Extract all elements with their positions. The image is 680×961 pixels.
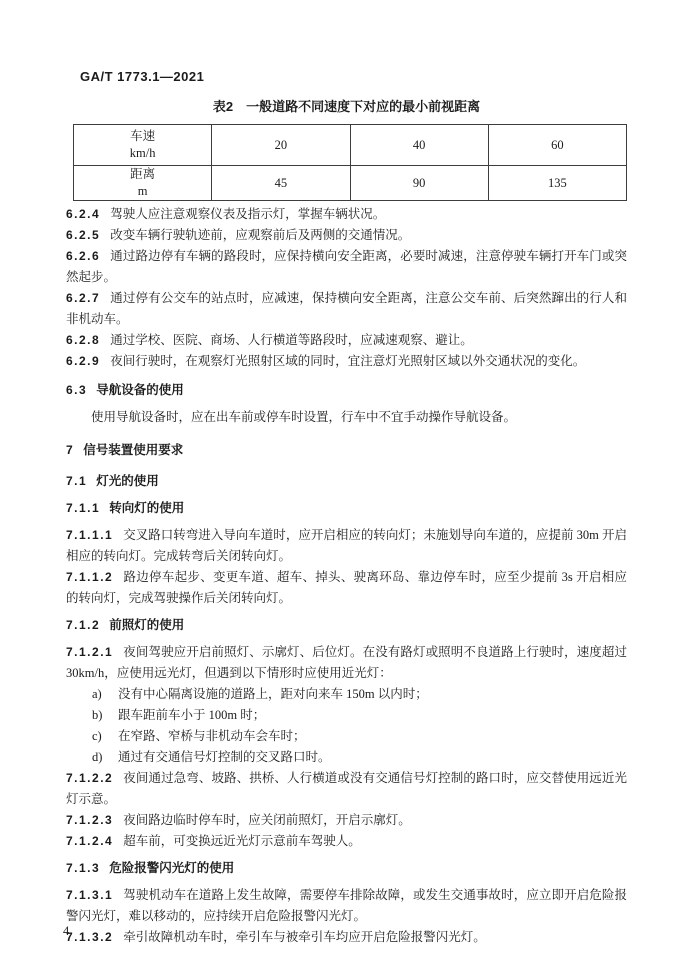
clause-6.2.5: 6.2.5改变车辆行驶轨迹前，应观察前后及两侧的交通情况。 — [66, 225, 627, 246]
value-cell: 20 — [212, 125, 350, 166]
value-cell: 60 — [488, 125, 626, 166]
row-header-line: km/h — [74, 145, 211, 162]
value-cell: 45 — [212, 166, 350, 201]
clause-number: 7.1.1.1 — [66, 528, 113, 542]
clause-6.2.9: 6.2.9夜间行驶时，在观察灯光照射区域的同时，宜注意灯光照射区域以外交通状况的… — [66, 351, 627, 372]
heading-text: 信号装置使用要求 — [83, 443, 183, 457]
list-item-text: 在窄路、窄桥与非机动车会车时； — [118, 729, 306, 743]
value-cell: 40 — [350, 125, 488, 166]
list-item-b: b)跟车距前车小于 100m 时； — [66, 705, 627, 726]
list-item-marker: a) — [92, 684, 118, 705]
list-item-text: 跟车距前车小于 100m 时； — [118, 708, 265, 722]
list-item-marker: d) — [92, 747, 118, 768]
clause-number: 7.1.3.1 — [66, 888, 113, 902]
heading-text: 危险报警闪光灯的使用 — [109, 861, 234, 875]
clause-7.1.2.3: 7.1.2.3夜间路边临时停车时，应关闭前照灯，开启示廓灯。 — [66, 810, 627, 831]
clause-7.1.1.1: 7.1.1.1交叉路口转弯进入导向车道时，应开启相应的转向灯；未施划导向车道的，… — [66, 525, 627, 567]
clause-number: 7.1.3 — [66, 861, 100, 875]
heading-7.1: 7.1灯光的使用 — [66, 471, 627, 492]
table-row: 距离m4590135 — [74, 166, 627, 201]
heading-6.3: 6.3导航设备的使用 — [66, 380, 627, 401]
clause-7.1.2.2: 7.1.2.2夜间通过急弯、坡路、拱桥、人行横道或没有交通信号灯控制的路口时，应… — [66, 768, 627, 810]
clause-number: 6.2.9 — [66, 354, 100, 368]
clause-number: 7.1 — [66, 474, 87, 488]
list-item-text: 没有中心隔离设施的道路上，距对向来车 150m 以内时； — [118, 687, 428, 701]
clause-text: 夜间路边临时停车时，应关闭前照灯，开启示廓灯。 — [123, 813, 411, 827]
paragraph: 使用导航设备时，应在出车前或停车时设置，行车中不宜手动操作导航设备。 — [66, 407, 627, 428]
min-forward-sight-distance-table: 车速km/h204060距离m4590135 — [73, 124, 627, 201]
clause-text: 通过路边停有车辆的路段时，应保持横向安全距离，必要时减速，注意停驶车辆打开车门或… — [66, 249, 627, 284]
clause-number: 6.3 — [66, 383, 87, 397]
clause-text: 路边停车起步、变更车道、超车、掉头、驶离环岛、靠边停车时，应至少提前 3s 开启… — [66, 570, 627, 605]
clause-text: 交叉路口转弯进入导向车道时，应开启相应的转向灯；未施划导向车道的，应提前 30m… — [66, 528, 627, 563]
clause-text: 夜间驾驶应开启前照灯、示廓灯、后位灯。在没有路灯或照明不良道路上行驶时，速度超过… — [66, 645, 627, 680]
clause-number: 7.1.2.3 — [66, 813, 113, 827]
clause-number: 7.1.1.2 — [66, 570, 113, 584]
heading-7.1.2: 7.1.2前照灯的使用 — [66, 615, 627, 636]
document-page: GA/T 1773.1—2021 表2 一般道路不同速度下对应的最小前视距离 车… — [0, 0, 680, 961]
table-row: 车速km/h204060 — [74, 125, 627, 166]
list-item-d: d)通过有交通信号灯控制的交叉路口时。 — [66, 747, 627, 768]
clause-7.1.2.1: 7.1.2.1夜间驾驶应开启前照灯、示廓灯、后位灯。在没有路灯或照明不良道路上行… — [66, 642, 627, 684]
clause-6.2.4: 6.2.4驾驶人应注意观察仪表及指示灯，掌握车辆状况。 — [66, 204, 627, 225]
clause-6.2.6: 6.2.6通过路边停有车辆的路段时，应保持横向安全距离，必要时减速，注意停驶车辆… — [66, 246, 627, 288]
clause-number: 7.1.2.1 — [66, 645, 113, 659]
clause-7.1.1.2: 7.1.1.2路边停车起步、变更车道、超车、掉头、驶离环岛、靠边停车时，应至少提… — [66, 567, 627, 609]
row-header-cell: 距离m — [74, 166, 212, 201]
heading-text: 导航设备的使用 — [96, 383, 184, 397]
clause-text: 驾驶人应注意观察仪表及指示灯，掌握车辆状况。 — [110, 207, 385, 221]
heading-text: 转向灯的使用 — [109, 501, 184, 515]
value-cell: 90 — [350, 166, 488, 201]
clause-number: 6.2.5 — [66, 228, 100, 242]
page-number: 4 — [63, 921, 69, 942]
list-item-c: c)在窄路、窄桥与非机动车会车时； — [66, 726, 627, 747]
clause-text: 牵引故障机动车时，牵引车与被牵引车均应开启危险报警闪光灯。 — [123, 930, 486, 944]
clause-number: 7.1.2 — [66, 618, 100, 632]
clause-text: 夜间通过急弯、坡路、拱桥、人行横道或没有交通信号灯控制的路口时，应交替使用远近光… — [66, 771, 627, 806]
clause-number: 6.2.8 — [66, 333, 100, 347]
clause-number: 6.2.6 — [66, 249, 100, 263]
spec-table-body: 车速km/h204060距离m4590135 — [74, 125, 627, 201]
list-item-text: 通过有交通信号灯控制的交叉路口时。 — [118, 750, 331, 764]
clause-text: 通过学校、医院、商场、人行横道等路段时，应减速观察、避让。 — [110, 333, 473, 347]
clause-text: 通过停有公交车的站点时，应减速，保持横向安全距离，注意公交车前、后突然蹿出的行人… — [66, 291, 627, 326]
clause-text: 超车前，可变换远近光灯示意前车驾驶人。 — [123, 834, 361, 848]
heading-7.1.1: 7.1.1转向灯的使用 — [66, 498, 627, 519]
document-code: GA/T 1773.1—2021 — [80, 66, 627, 87]
document-body: 6.2.4驾驶人应注意观察仪表及指示灯，掌握车辆状况。6.2.5改变车辆行驶轨迹… — [66, 204, 627, 948]
clause-number: 7.1.2.2 — [66, 771, 113, 785]
value-cell: 135 — [488, 166, 626, 201]
clause-number: 7 — [66, 443, 74, 457]
list-item-marker: c) — [92, 726, 118, 747]
clause-6.2.7: 6.2.7通过停有公交车的站点时，应减速，保持横向安全距离，注意公交车前、后突然… — [66, 288, 627, 330]
heading-text: 灯光的使用 — [96, 474, 159, 488]
clause-7.1.3.2: 7.1.3.2牵引故障机动车时，牵引车与被牵引车均应开启危险报警闪光灯。 — [66, 927, 627, 948]
row-header-line: m — [74, 183, 211, 200]
clause-7.1.3.1: 7.1.3.1驾驶机动车在道路上发生故障，需要停车排除故障，或发生交通事故时，应… — [66, 885, 627, 927]
list-item-marker: b) — [92, 705, 118, 726]
clause-text: 夜间行驶时，在观察灯光照射区域的同时，宜注意灯光照射区域以外交通状况的变化。 — [110, 354, 585, 368]
clause-number: 7.1.2.4 — [66, 834, 113, 848]
clause-text: 驾驶机动车在道路上发生故障，需要停车排除故障，或发生交通事故时，应立即开启危险报… — [66, 888, 627, 923]
clause-number: 6.2.7 — [66, 291, 100, 305]
heading-7: 7信号装置使用要求 — [66, 440, 627, 461]
clause-number: 6.2.4 — [66, 207, 100, 221]
clause-number: 7.1.3.2 — [66, 930, 113, 944]
heading-7.1.3: 7.1.3危险报警闪光灯的使用 — [66, 858, 627, 879]
clause-6.2.8: 6.2.8通过学校、医院、商场、人行横道等路段时，应减速观察、避让。 — [66, 330, 627, 351]
clause-number: 7.1.1 — [66, 501, 100, 515]
heading-text: 前照灯的使用 — [109, 618, 184, 632]
row-header-line: 车速 — [74, 128, 211, 145]
row-header-line: 距离 — [74, 166, 211, 183]
row-header-cell: 车速km/h — [74, 125, 212, 166]
table-title: 表2 一般道路不同速度下对应的最小前视距离 — [66, 96, 627, 117]
list-item-a: a)没有中心隔离设施的道路上，距对向来车 150m 以内时； — [66, 684, 627, 705]
clause-7.1.2.4: 7.1.2.4超车前，可变换远近光灯示意前车驾驶人。 — [66, 831, 627, 852]
clause-text: 改变车辆行驶轨迹前，应观察前后及两侧的交通情况。 — [110, 228, 410, 242]
